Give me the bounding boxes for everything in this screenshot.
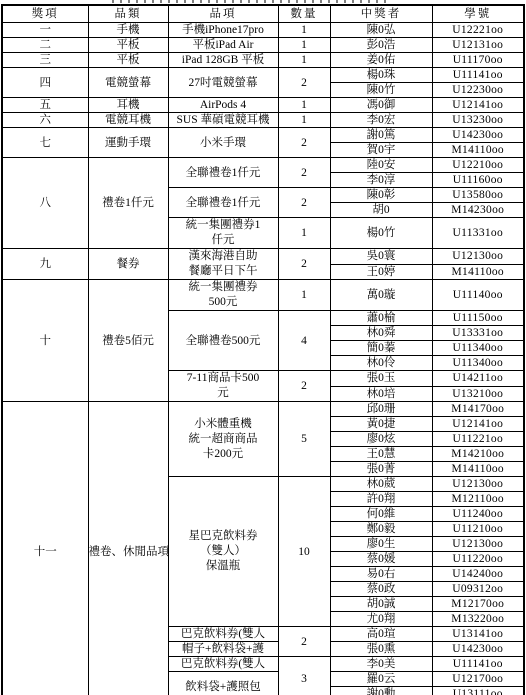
student-id-cell: M14110oo xyxy=(432,264,524,280)
item-cell: 全聯禮卷500元 xyxy=(168,311,278,371)
item-cell: 小米手環 xyxy=(168,128,278,158)
student-id-cell: M14110oo xyxy=(432,143,524,158)
prize-no-cell: 八 xyxy=(2,158,88,249)
student-id-cell: M14210oo xyxy=(432,447,524,462)
student-id-cell: U09312oo xyxy=(432,582,524,597)
clipped-title-fragment xyxy=(112,0,392,3)
quantity-cell: 1 xyxy=(278,23,330,38)
item-cell: 星巴克飲料券（雙人）保溫瓶 xyxy=(168,477,278,627)
prize-no-cell: 十一 xyxy=(2,402,88,695)
student-id-cell: U11240oo xyxy=(432,507,524,522)
quantity-cell: 10 xyxy=(278,477,330,627)
student-id-cell: U13230oo xyxy=(432,113,524,128)
student-id-cell: U11340oo xyxy=(432,356,524,371)
student-id-cell: U12130oo xyxy=(432,477,524,492)
winner-name-cell: 王0慧 xyxy=(330,447,432,462)
winner-name-cell: 陸0安 xyxy=(330,158,432,173)
item-cell: 7-11商品卡500元 xyxy=(168,371,278,402)
table-row: 七運動手環小米手環2謝0篤U14230oo xyxy=(2,128,524,143)
table-row: 十禮卷5佰元統一集團禮券500元1萬0璇U11140oo xyxy=(2,280,524,311)
item-cell: 帽子+飲料袋+護 xyxy=(168,642,278,657)
winner-name-cell: 王0婷 xyxy=(330,264,432,280)
student-id-cell: M14170oo xyxy=(432,402,524,417)
quantity-cell: 1 xyxy=(278,113,330,128)
winner-name-cell: 謝0勳 xyxy=(330,687,432,695)
student-id-cell: U12210oo xyxy=(432,158,524,173)
winner-name-cell: 簡0蓁 xyxy=(330,341,432,356)
winner-name-cell: 謝0篤 xyxy=(330,128,432,143)
item-cell: 飲料袋+護照包 xyxy=(168,672,278,695)
winner-name-cell: 鄭0毅 xyxy=(330,522,432,537)
winners-sheet: 獎項 品類 品項 數量 中獎者 學號 一手機手機iPhone17pro1陳0弘U… xyxy=(0,0,526,695)
item-cell: 全聯禮卷1仟元 xyxy=(168,188,278,218)
winner-name-cell: 陳0弘 xyxy=(330,23,432,38)
category-cell: 禮卷1仟元 xyxy=(88,158,168,249)
winner-name-cell: 賀0宇 xyxy=(330,143,432,158)
student-id-cell: U11160oo xyxy=(432,173,524,188)
category-cell: 平板 xyxy=(88,38,168,53)
winner-name-cell: 何0維 xyxy=(330,507,432,522)
winner-name-cell: 林0舜 xyxy=(330,326,432,341)
winner-name-cell: 張0熏 xyxy=(330,642,432,657)
item-cell: 巴克飲料券(雙人 xyxy=(168,657,278,672)
student-id-cell: U12230oo xyxy=(432,83,524,98)
winner-name-cell: 胡0誠 xyxy=(330,597,432,612)
category-cell: 禮卷5佰元 xyxy=(88,280,168,402)
quantity-cell: 2 xyxy=(278,188,330,218)
winner-name-cell: 胡0 xyxy=(330,203,432,218)
student-id-cell: U11340oo xyxy=(432,341,524,356)
prize-table-body: 一手機手機iPhone17pro1陳0弘U12221oo二平板平板iPad Ai… xyxy=(2,23,524,695)
winner-name-cell: 萬0璇 xyxy=(330,280,432,311)
student-id-cell: U14211oo xyxy=(432,371,524,387)
student-id-cell: U12170oo xyxy=(432,672,524,687)
table-row: 一手機手機iPhone17pro1陳0弘U12221oo xyxy=(2,23,524,38)
student-id-cell: U11170oo xyxy=(432,53,524,68)
quantity-cell: 1 xyxy=(278,38,330,53)
student-id-cell: U14230oo xyxy=(432,642,524,657)
category-cell: 手機 xyxy=(88,23,168,38)
table-row: 九餐券漢來海港自助餐廳平日下午2吳0寰U12130oo xyxy=(2,249,524,265)
student-id-cell: U11140oo xyxy=(432,280,524,311)
item-cell: 統一集團禮券500元 xyxy=(168,280,278,311)
student-id-cell: U11220oo xyxy=(432,552,524,567)
table-row: 五耳機AirPods 41馮0御U12141oo xyxy=(2,98,524,113)
student-id-cell: U11221oo xyxy=(432,432,524,447)
winner-name-cell: 尤0翔 xyxy=(330,612,432,627)
winner-name-cell: 馮0御 xyxy=(330,98,432,113)
quantity-cell: 2 xyxy=(278,128,330,158)
prize-no-cell: 四 xyxy=(2,68,88,98)
header-student-id: 學號 xyxy=(432,5,524,23)
winner-name-cell: 廖0炫 xyxy=(330,432,432,447)
quantity-cell: 3 xyxy=(278,657,330,695)
item-cell: 小米體重機統一超商商品卡200元 xyxy=(168,402,278,477)
category-cell: 電競螢幕 xyxy=(88,68,168,98)
winner-name-cell: 許0翔 xyxy=(330,492,432,507)
student-id-cell: U11210oo xyxy=(432,522,524,537)
prize-no-cell: 七 xyxy=(2,128,88,158)
quantity-cell: 2 xyxy=(278,249,330,280)
winner-name-cell: 陳0彰 xyxy=(330,188,432,203)
item-cell: 統一集團禮券1仟元 xyxy=(168,218,278,249)
item-cell: iPad 128GB 平板 xyxy=(168,53,278,68)
item-cell: 27吋電競螢幕 xyxy=(168,68,278,98)
prize-no-cell: 九 xyxy=(2,249,88,280)
student-id-cell: M14110oo xyxy=(432,462,524,477)
student-id-cell: U11331oo xyxy=(432,218,524,249)
table-row: 四電競螢幕27吋電競螢幕2楊0珠U11141oo xyxy=(2,68,524,83)
student-id-cell: U11141oo xyxy=(432,657,524,672)
table-row: 八禮卷1仟元全聯禮卷1仟元2陸0安U12210oo xyxy=(2,158,524,173)
winner-name-cell: 張0玉 xyxy=(330,371,432,387)
student-id-cell: U12130oo xyxy=(432,249,524,265)
item-cell: SUS 華碩電競耳機 xyxy=(168,113,278,128)
quantity-cell: 4 xyxy=(278,311,330,371)
winner-name-cell: 陳0竹 xyxy=(330,83,432,98)
winner-name-cell: 林0葳 xyxy=(330,477,432,492)
item-cell: 巴克飲料券(雙人 xyxy=(168,627,278,642)
item-cell: 手機iPhone17pro xyxy=(168,23,278,38)
category-cell: 餐券 xyxy=(88,249,168,280)
winner-name-cell: 易0右 xyxy=(330,567,432,582)
student-id-cell: U12141oo xyxy=(432,98,524,113)
winner-name-cell: 李0宏 xyxy=(330,113,432,128)
student-id-cell: M13220oo xyxy=(432,612,524,627)
winner-name-cell: 林0培 xyxy=(330,386,432,402)
prize-table: 獎項 品類 品項 數量 中獎者 學號 一手機手機iPhone17pro1陳0弘U… xyxy=(1,4,525,695)
winner-name-cell: 邱0珊 xyxy=(330,402,432,417)
winner-name-cell: 蔡0政 xyxy=(330,582,432,597)
winner-name-cell: 姜0佑 xyxy=(330,53,432,68)
quantity-cell: 2 xyxy=(278,158,330,188)
student-id-cell: U12131oo xyxy=(432,38,524,53)
quantity-cell: 1 xyxy=(278,98,330,113)
student-id-cell: M12110oo xyxy=(432,492,524,507)
prize-no-cell: 十 xyxy=(2,280,88,402)
quantity-cell: 2 xyxy=(278,68,330,98)
category-cell: 電競耳機 xyxy=(88,113,168,128)
student-id-cell: M12170oo xyxy=(432,597,524,612)
table-row: 十一禮卷、休閒品項小米體重機統一超商商品卡200元5邱0珊M14170oo xyxy=(2,402,524,417)
winner-name-cell: 林0伶 xyxy=(330,356,432,371)
prize-no-cell: 一 xyxy=(2,23,88,38)
category-cell: 禮卷、休閒品項 xyxy=(88,402,168,695)
student-id-cell: U13331oo xyxy=(432,326,524,341)
winner-name-cell: 李0美 xyxy=(330,657,432,672)
student-id-cell: U13580oo xyxy=(432,188,524,203)
student-id-cell: U11141oo xyxy=(432,68,524,83)
student-id-cell: U13210oo xyxy=(432,386,524,402)
item-cell: 平板iPad Air xyxy=(168,38,278,53)
winner-name-cell: 楊0竹 xyxy=(330,218,432,249)
prize-no-cell: 二 xyxy=(2,38,88,53)
quantity-cell: 1 xyxy=(278,218,330,249)
winner-name-cell: 吳0寰 xyxy=(330,249,432,265)
quantity-cell: 1 xyxy=(278,53,330,68)
quantity-cell: 2 xyxy=(278,371,330,402)
winner-name-cell: 張0菁 xyxy=(330,462,432,477)
category-cell: 平板 xyxy=(88,53,168,68)
prize-no-cell: 三 xyxy=(2,53,88,68)
student-id-cell: U14230oo xyxy=(432,128,524,143)
header-row: 獎項 品類 品項 數量 中獎者 學號 xyxy=(2,5,524,23)
student-id-cell: U11150oo xyxy=(432,311,524,326)
header-category: 品類 xyxy=(88,5,168,23)
table-row: 三平板iPad 128GB 平板1姜0佑U11170oo xyxy=(2,53,524,68)
category-cell: 運動手環 xyxy=(88,128,168,158)
student-id-cell: U14240oo xyxy=(432,567,524,582)
winner-name-cell: 楊0珠 xyxy=(330,68,432,83)
winner-name-cell: 高0瑄 xyxy=(330,627,432,642)
student-id-cell: U12130oo xyxy=(432,537,524,552)
student-id-cell: U12221oo xyxy=(432,23,524,38)
prize-no-cell: 六 xyxy=(2,113,88,128)
quantity-cell: 5 xyxy=(278,402,330,477)
item-cell: 全聯禮卷1仟元 xyxy=(168,158,278,188)
student-id-cell: M14230oo xyxy=(432,203,524,218)
student-id-cell: U13111oo xyxy=(432,687,524,695)
winner-name-cell: 蔡0媛 xyxy=(330,552,432,567)
student-id-cell: U12141oo xyxy=(432,417,524,432)
winner-name-cell: 彭0浩 xyxy=(330,38,432,53)
winner-name-cell: 李0淳 xyxy=(330,173,432,188)
table-row: 二平板平板iPad Air1彭0浩U12131oo xyxy=(2,38,524,53)
winner-name-cell: 蕭0榆 xyxy=(330,311,432,326)
item-cell: 漢來海港自助餐廳平日下午 xyxy=(168,249,278,280)
student-id-cell: U13141oo xyxy=(432,627,524,642)
category-cell: 耳機 xyxy=(88,98,168,113)
header-item: 品項 xyxy=(168,5,278,23)
item-cell: AirPods 4 xyxy=(168,98,278,113)
header-prize-no: 獎項 xyxy=(2,5,88,23)
quantity-cell: 2 xyxy=(278,627,330,657)
header-winner: 中獎者 xyxy=(330,5,432,23)
winner-name-cell: 黃0捷 xyxy=(330,417,432,432)
table-row: 六電競耳機SUS 華碩電競耳機1李0宏U13230oo xyxy=(2,113,524,128)
winner-name-cell: 羅0云 xyxy=(330,672,432,687)
winner-name-cell: 廖0生 xyxy=(330,537,432,552)
prize-no-cell: 五 xyxy=(2,98,88,113)
header-quantity: 數量 xyxy=(278,5,330,23)
quantity-cell: 1 xyxy=(278,280,330,311)
